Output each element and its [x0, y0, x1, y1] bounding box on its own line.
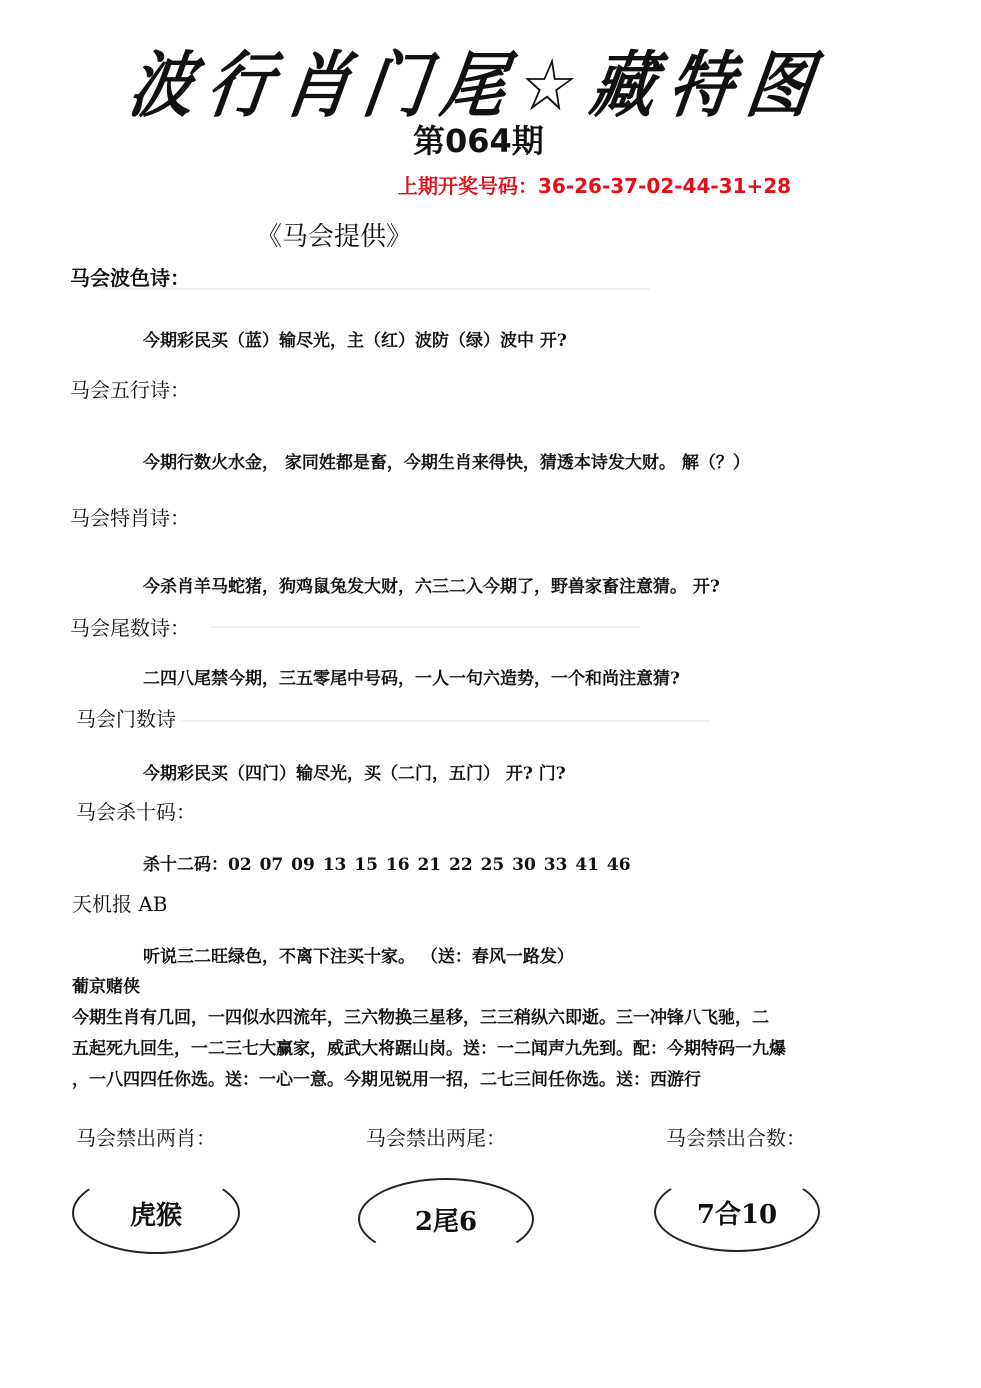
poem-special-zodiac: 今杀肖羊马蛇猪，狗鸡鼠兔发大财，六三二入今期了，野兽家畜注意猜。 开?: [143, 572, 720, 597]
ban-value-sum: 7合10: [697, 1194, 777, 1231]
scan-artifact: [210, 626, 640, 628]
last-draw-numbers: 36-26-37-02-44-31+28: [538, 174, 791, 198]
ban-oval-tail: 2尾6: [358, 1178, 534, 1260]
ban-oval-zodiac: 虎猴: [72, 1172, 240, 1254]
ban-oval-sum: 7合10: [654, 1172, 820, 1252]
ban-value-zodiac: 虎猴: [130, 1195, 182, 1232]
last-draw-label: 上期开奖号码：: [398, 174, 538, 198]
last-draw-results: 上期开奖号码：36-26-37-02-44-31+28: [398, 170, 791, 199]
poem-door-number: 今期彩民买（四门）输尽光，买（二门，五门） 开? 门?: [143, 759, 566, 784]
section-label-five-elements: 马会五行诗：: [70, 374, 190, 403]
ban-value-tail: 2尾6: [415, 1201, 477, 1238]
ban-label-tail: 马会禁出两尾：: [366, 1122, 506, 1151]
poem-five-elements: 今期行数火水金， 家同姓都是畜，今期生肖来得快，猜透本诗发大财。 解（？）: [143, 448, 750, 473]
gambler-line: 今期生肖有几回，一四似水四流年，三六物换三星移，三三稍纵六即逝。三一冲锋八飞驰，…: [72, 1003, 912, 1034]
gambler-paragraph: 今期生肖有几回，一四似水四流年，三六物换三星移，三三稍纵六即逝。三一冲锋八飞驰，…: [72, 1003, 912, 1096]
section-label-kill-ten: 马会杀十码：: [76, 796, 196, 825]
section-label-tail-number: 马会尾数诗：: [70, 612, 190, 641]
ban-label-zodiac: 马会禁出两肖：: [76, 1122, 216, 1151]
poem-tail-number: 二四八尾禁今期，三五零尾中号码，一人一句六造势，一个和尚注意猜?: [143, 664, 680, 689]
issue-number: 第064期: [413, 116, 544, 162]
gambler-line: 五起死九回生，一二三七大赢家，威武大将踞山岗。送：一二闻声九先到。配：今期特码一…: [72, 1034, 912, 1065]
gambler-line: ，一八四四任你选。送：一心一意。今期见锐用一招，二七三间任你选。送：西游行: [72, 1065, 912, 1096]
section-label-gambler: 葡京赌侠: [72, 972, 140, 997]
tianji-text: 听说三二旺绿色，不离下注买十家。 （送：春风一路发）: [143, 942, 574, 967]
ban-label-sum: 马会禁出合数：: [666, 1122, 806, 1151]
scan-artifact: [180, 720, 710, 722]
poem-wave-color: 今期彩民买（蓝）输尽光，主（红）波防（绿）波中 开?: [143, 326, 567, 351]
section-label-door-number: 马会门数诗: [76, 703, 176, 732]
section-label-tianji: 天机报 AB: [72, 888, 168, 917]
provider-heading: 《马会提供》: [256, 216, 412, 253]
section-label-wave-color: 马会波色诗：: [70, 262, 190, 291]
kill-twelve-numbers: 杀十二码：02 07 09 13 15 16 21 22 25 30 33 41…: [143, 850, 631, 875]
section-label-special-zodiac: 马会特肖诗：: [70, 502, 190, 531]
